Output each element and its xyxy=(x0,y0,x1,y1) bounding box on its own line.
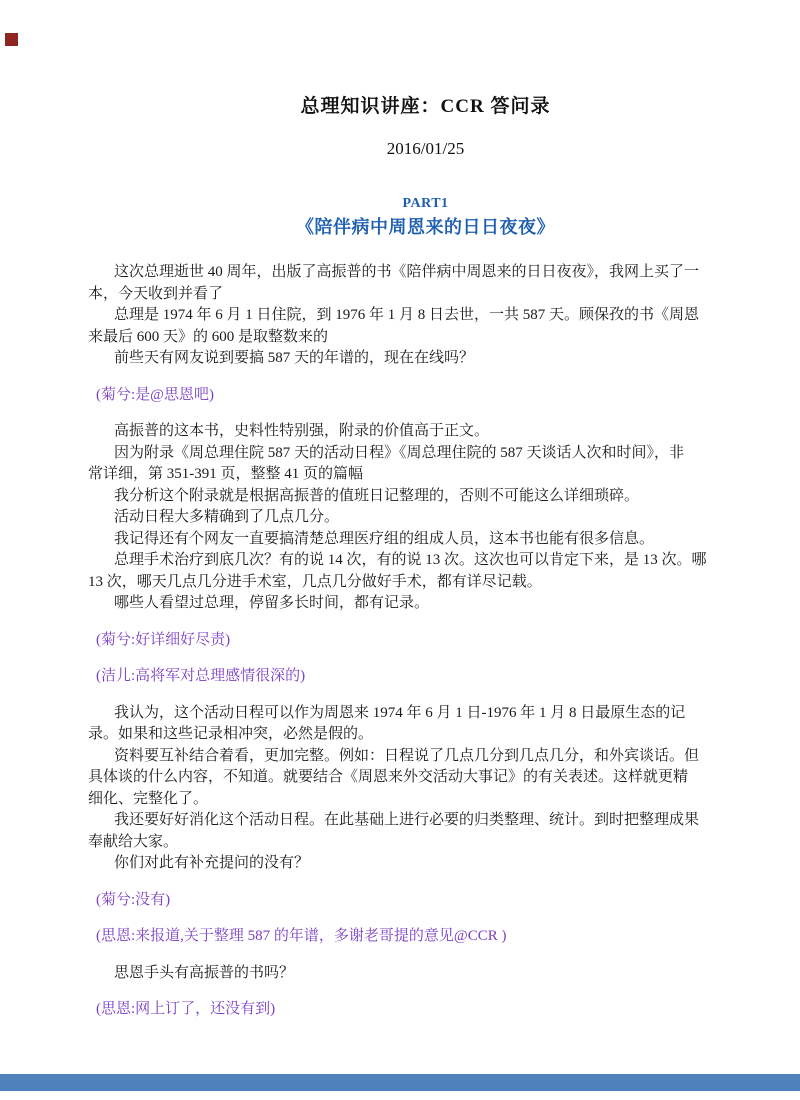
chat-line: (菊兮:没有) xyxy=(96,890,763,912)
chat-line: (菊兮:好详细好尽责) xyxy=(96,630,763,652)
chat-block: (菊兮:没有) xyxy=(88,890,763,912)
text-line: 因为附录《周总理住院 587 天的活动日程》《周总理住院的 587 天谈话人次和… xyxy=(88,443,763,465)
text-line: 奉献给大家。 xyxy=(88,832,763,854)
chat-line: (思恩:来报道,关于整理 587 的年谱，多谢老哥提的意见@CCR ) xyxy=(96,926,763,948)
paragraph-block: 思恩手头有高振普的书吗？ xyxy=(88,963,763,985)
chat-line: (洁儿:高将军对总理感情很深的) xyxy=(96,666,763,688)
document-page: 总理知识讲座：CCR 答问录 2016/01/25 PART1 《陪伴病中周恩来… xyxy=(0,0,800,1100)
text-line: 总理手术治疗到底几次？有的说 14 次，有的说 13 次。这次也可以肯定下来，是… xyxy=(88,550,763,572)
page-title: 总理知识讲座：CCR 答问录 xyxy=(88,95,763,119)
text-line: 哪些人看望过总理，停留多长时间，都有记录。 xyxy=(88,593,763,615)
text-line: 我分析这个附录就是根据高振普的值班日记整理的，否则不可能这么详细琐碎。 xyxy=(88,486,763,508)
corner-mark xyxy=(5,33,18,46)
text-line: 总理是 1974 年 6 月 1 日住院，到 1976 年 1 月 8 日去世，… xyxy=(88,305,763,327)
chat-block: (菊兮:好详细好尽责) xyxy=(88,630,763,652)
text-line: 本，今天收到并看了 xyxy=(88,284,763,306)
text-line: 前些天有网友说到要搞 587 天的年谱的，现在在线吗？ xyxy=(88,348,763,370)
chat-block: (洁儿:高将军对总理感情很深的) xyxy=(88,666,763,688)
text-line: 这次总理逝世 40 周年，出版了高振普的书《陪伴病中周恩来的日日夜夜》，我网上买… xyxy=(88,262,763,284)
text-line: 13 次，哪天几点几分进手术室，几点几分做好手术，都有详尽记载。 xyxy=(88,572,763,594)
text-line: 我认为，这个活动日程可以作为周恩来 1974 年 6 月 1 日-1976 年 … xyxy=(88,703,763,725)
text-line: 思恩手头有高振普的书吗？ xyxy=(88,963,763,985)
chat-block: (菊兮:是@思恩吧) xyxy=(88,385,763,407)
paragraph-block: 高振普的这本书，史料性特别强，附录的价值高于正文。因为附录《周总理住院 587 … xyxy=(88,421,763,615)
text-line: 高振普的这本书，史料性特别强，附录的价值高于正文。 xyxy=(88,421,763,443)
text-line: 活动日程大多精确到了几点几分。 xyxy=(88,507,763,529)
text-line: 来最后 600 天》的 600 是取整数来的 xyxy=(88,327,763,349)
chat-block: (思恩:来报道,关于整理 587 的年谱，多谢老哥提的意见@CCR ) xyxy=(88,926,763,948)
text-line: 你们对此有补充提问的没有？ xyxy=(88,853,763,875)
section-heading: 《陪伴病中周恩来的日日夜夜》 xyxy=(88,216,763,238)
part-label: PART1 xyxy=(88,196,763,212)
text-line: 我记得还有个网友一直要搞清楚总理医疗组的组成人员，这本书也能有很多信息。 xyxy=(88,529,763,551)
doc-date: 2016/01/25 xyxy=(88,138,763,160)
chat-line: (思恩:网上订了，还没有到) xyxy=(96,999,763,1021)
chat-block: (思恩:网上订了，还没有到) xyxy=(88,999,763,1021)
text-line: 资料要互补结合着看，更加完整。例如：日程说了几点几分到几点几分，和外宾谈话。但 xyxy=(88,746,763,768)
footer-bar xyxy=(0,1074,800,1091)
page-content: 总理知识讲座：CCR 答问录 2016/01/25 PART1 《陪伴病中周恩来… xyxy=(88,0,763,1036)
text-line: 具体谈的什么内容，不知道。就要结合《周恩来外交活动大事记》的有关表述。这样就更精 xyxy=(88,767,763,789)
text-line: 录。如果和这些记录相冲突，必然是假的。 xyxy=(88,724,763,746)
text-line: 常详细，第 351-391 页，整整 41 页的篇幅 xyxy=(88,464,763,486)
paragraph-block: 我认为，这个活动日程可以作为周恩来 1974 年 6 月 1 日-1976 年 … xyxy=(88,703,763,875)
paragraph-block: 这次总理逝世 40 周年，出版了高振普的书《陪伴病中周恩来的日日夜夜》，我网上买… xyxy=(88,262,763,370)
text-line: 细化、完整化了。 xyxy=(88,789,763,811)
document-body: 这次总理逝世 40 周年，出版了高振普的书《陪伴病中周恩来的日日夜夜》，我网上买… xyxy=(88,262,763,1021)
chat-line: (菊兮:是@思恩吧) xyxy=(96,385,763,407)
text-line: 我还要好好消化这个活动日程。在此基础上进行必要的归类整理、统计。到时把整理成果 xyxy=(88,810,763,832)
